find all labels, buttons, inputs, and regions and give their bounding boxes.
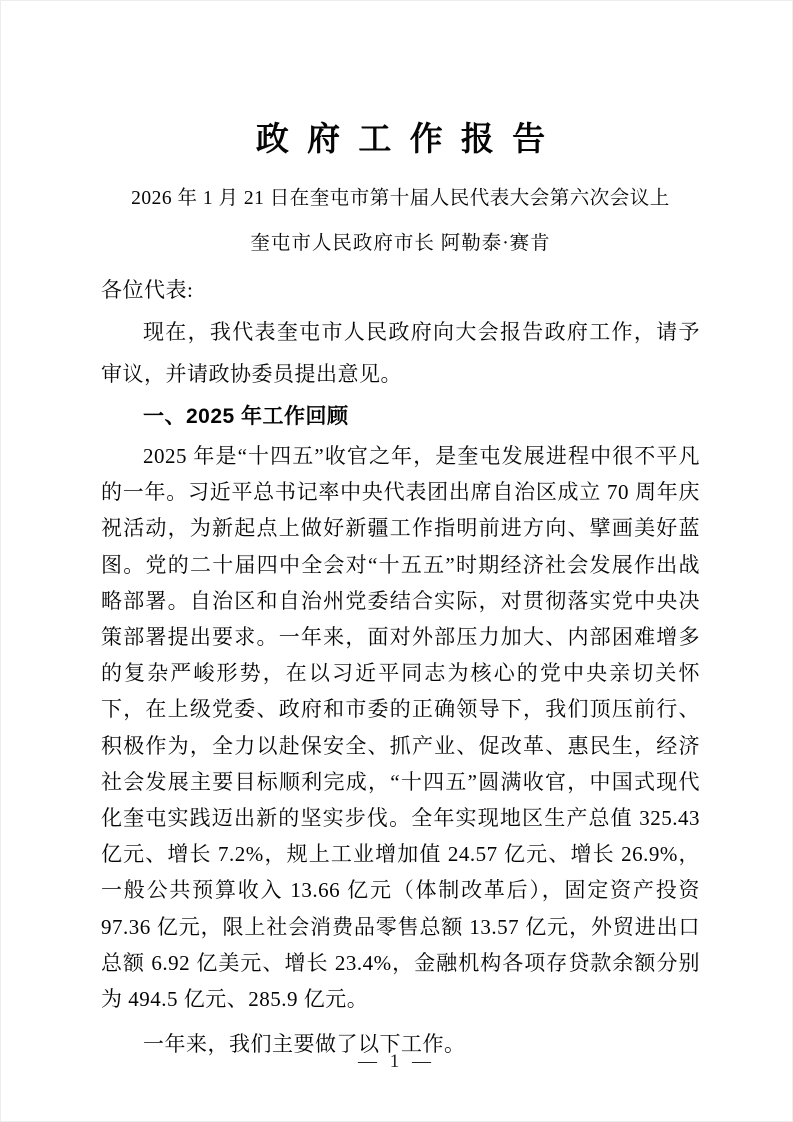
meeting-subtitle: 2026 年 1 月 21 日在奎屯市第十届人民代表大会第六次会议上: [101, 185, 700, 213]
intro-paragraph: 现在，我代表奎屯市人民政府向大会报告政府工作，请予审议，并请政协委员提出意见。: [101, 311, 700, 395]
section-heading-2025-review: 一、2025 年工作回顾: [101, 395, 700, 438]
review-paragraph: 2025 年是“十四五”收官之年，是奎屯发展进程中很不平凡的一年。习近平总书记率…: [101, 438, 700, 1017]
speaker-byline: 奎屯市人民政府市长 阿勒泰·赛肯: [101, 230, 700, 258]
salutation: 各位代表:: [101, 269, 700, 311]
document-title: 政 府 工 作 报 告: [101, 117, 700, 163]
document-page: 政 府 工 作 报 告 2026 年 1 月 21 日在奎屯市第十届人民代表大会…: [0, 0, 793, 1122]
page-number: — 1 —: [1, 1051, 792, 1073]
